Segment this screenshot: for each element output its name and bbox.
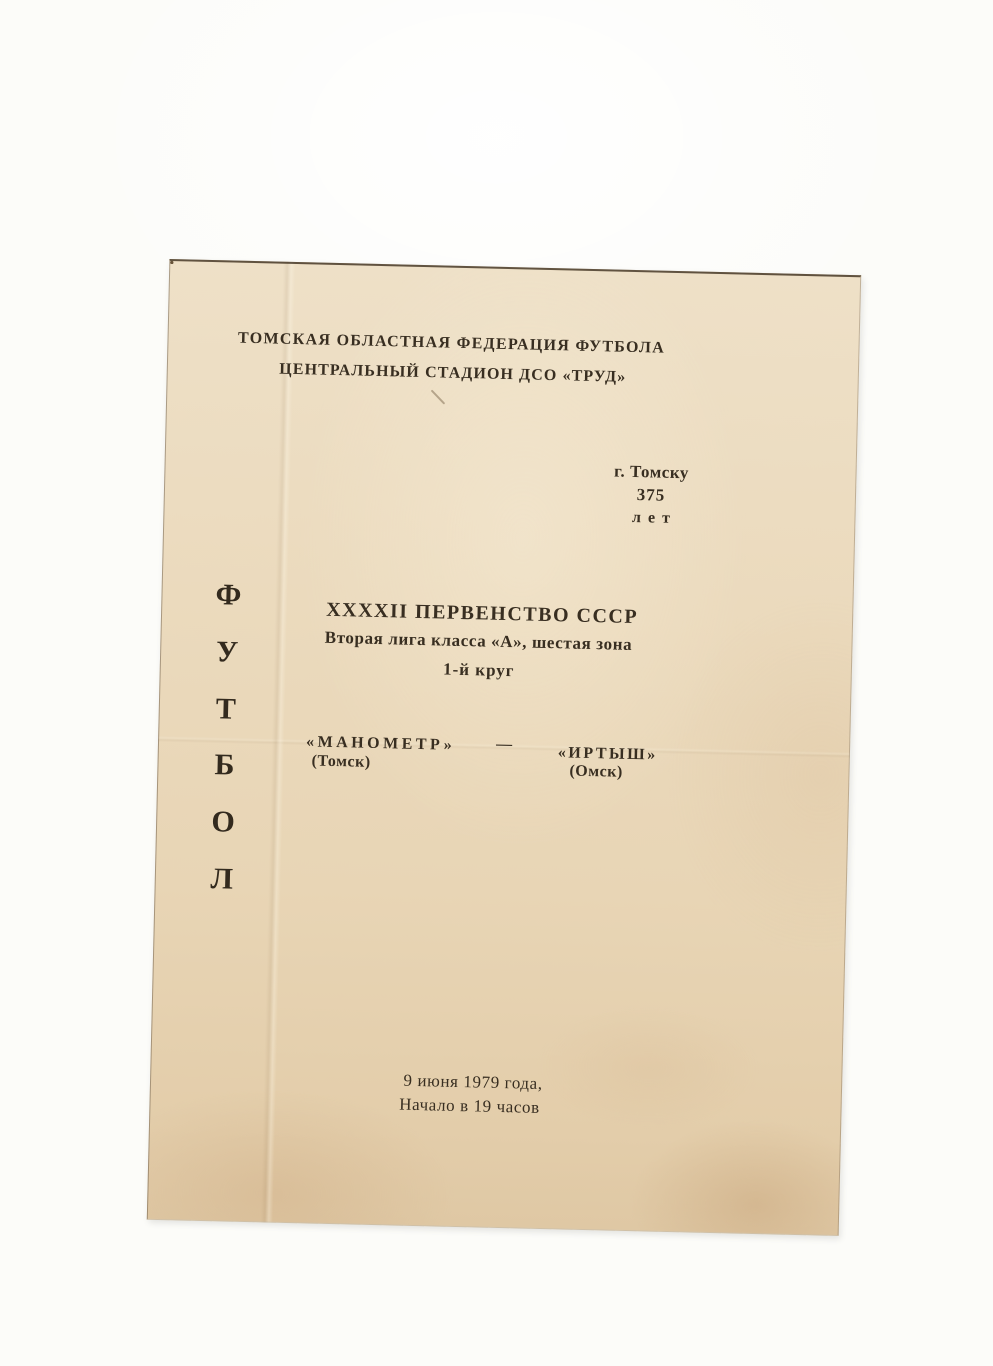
anniversary-city: г. Томску	[571, 461, 731, 485]
paper-speck	[170, 261, 173, 264]
anniversary-number: 375	[571, 484, 731, 508]
anniversary-years-word: лет	[574, 508, 734, 530]
versus-dash: —	[489, 736, 519, 755]
stadium-subtitle: ЦЕНТРАЛЬНЫЙ СТАДИОН ДСО «ТРУД»	[203, 359, 703, 389]
programme-cover-page: ТОМСКАЯ ОБЛАСТНАЯ ФЕДЕРАЦИЯ ФУТБОЛА ЦЕНТ…	[147, 259, 861, 1236]
federation-title: ТОМСКАЯ ОБЛАСТНАЯ ФЕДЕРАЦИЯ ФУТБОЛА	[201, 329, 701, 359]
home-team-city: (Томск)	[311, 752, 370, 771]
round-label: 1-й круг	[229, 654, 729, 686]
away-team-name: «ИРТЫШ»	[558, 744, 658, 764]
vertical-letter: Л	[210, 864, 233, 895]
league-zone-subtitle: Вторая лига класса «А», шестая зона	[228, 625, 728, 657]
vertical-letter: О	[211, 807, 235, 838]
home-team-name: «МАНОМЕТР»	[306, 733, 456, 755]
paper-scratch-mark	[431, 390, 446, 405]
away-team-city: (Омск)	[569, 763, 623, 782]
vertical-letter: Б	[214, 751, 235, 781]
vertical-letter: Т	[215, 694, 236, 724]
championship-title: ХХХХII ПЕРВЕНСТВО СССР	[232, 597, 732, 632]
